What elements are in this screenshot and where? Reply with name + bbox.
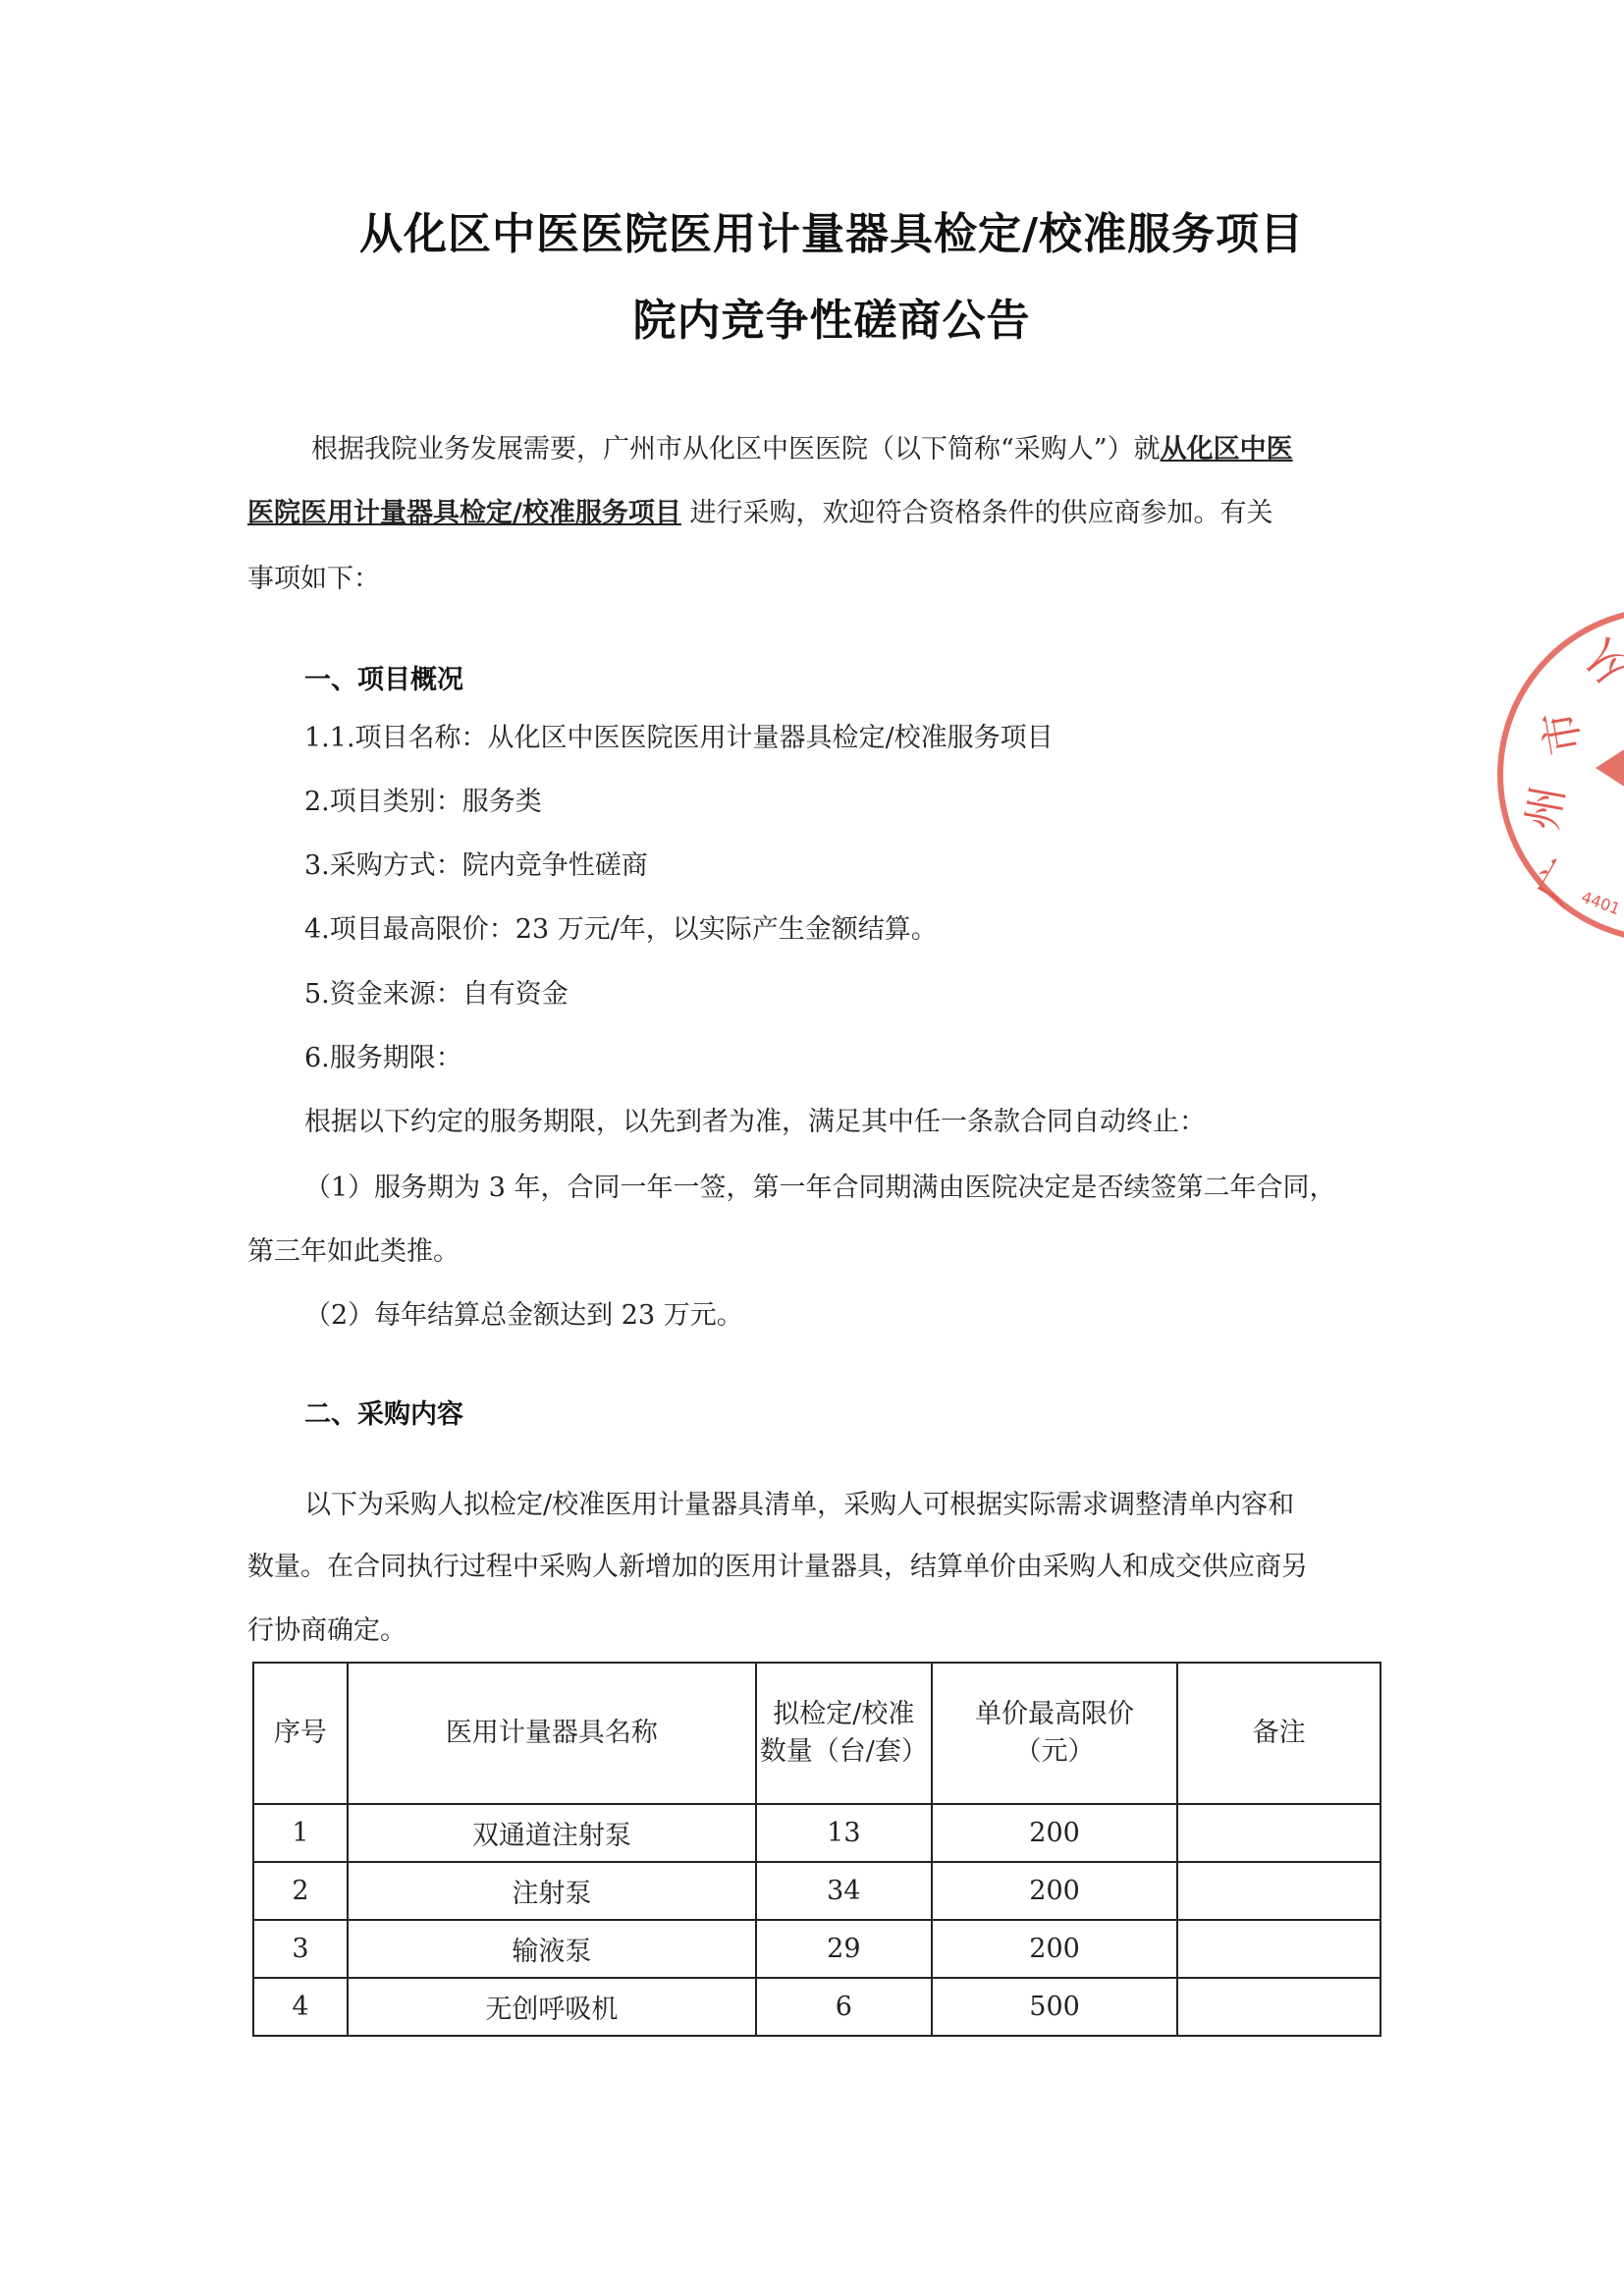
- term1-line2: 第三年如此类推。: [247, 1234, 460, 1270]
- item-fund-source: 5.资金来源：自有资金: [304, 977, 568, 1012]
- cell-no: 1: [253, 1804, 348, 1862]
- cell-no: 3: [253, 1920, 348, 1978]
- cell-no: 2: [253, 1862, 348, 1920]
- document-title-line1: 从化区中医医院医用计量器具检定/校准服务项目: [20, 198, 1624, 261]
- header-qty: 拟检定/校准 数量（台/套）: [756, 1663, 932, 1804]
- intro-line2: 医院医用计量器具检定/校准服务项目 进行采购，欢迎符合资格条件的供应商参加。有关: [247, 496, 1272, 531]
- term1-line1: （1）服务期为 3 年，合同一年一签，第一年合同期满由医院决定是否续签第二年合同…: [304, 1171, 1336, 1206]
- term2: （2）每年结算总金额达到 23 万元。: [304, 1298, 743, 1334]
- intro-text: 根据我院业务发展需要，广州市从化区中医医院（以下简称“采购人”）就: [311, 434, 1161, 465]
- header-price-line2: （元）: [933, 1733, 1177, 1771]
- cell-name: 注射泵: [348, 1862, 756, 1920]
- intro-line3: 事项如下：: [247, 562, 380, 597]
- section1-heading: 一、项目概况: [304, 658, 463, 696]
- cell-price: 200: [932, 1920, 1178, 1978]
- cell-price: 200: [932, 1862, 1178, 1920]
- section2-heading: 二、采购内容: [304, 1393, 463, 1431]
- item-project-category: 2.项目类别：服务类: [304, 785, 542, 820]
- table-row: 2 注射泵 34 200: [253, 1862, 1380, 1920]
- table-header-row: 序号 医用计量器具名称 拟检定/校准 数量（台/套） 单价最高限价 （元） 备注: [253, 1663, 1380, 1804]
- cell-remark: [1177, 1920, 1380, 1978]
- header-price: 单价最高限价 （元）: [932, 1663, 1178, 1804]
- section2-para-line1: 以下为采购人拟检定/校准医用计量器具清单，采购人可根据实际需求调整清单内容和: [304, 1488, 1294, 1523]
- cell-name: 无创呼吸机: [348, 1978, 756, 2036]
- table-row: 3 输液泵 29 200: [253, 1920, 1380, 1978]
- header-no: 序号: [253, 1663, 348, 1804]
- intro-text-cont: 进行采购，欢迎符合资格条件的供应商参加。有关: [681, 498, 1273, 528]
- project-name-underlined: 从化区中医: [1161, 434, 1293, 465]
- cell-name: 双通道注射泵: [348, 1804, 756, 1862]
- cell-no: 4: [253, 1978, 348, 2036]
- item-service-term: 6.服务期限：: [304, 1041, 462, 1076]
- table-row: 4 无创呼吸机 6 500: [253, 1978, 1380, 2036]
- header-qty-line1: 拟检定/校准: [757, 1696, 931, 1733]
- cell-remark: [1177, 1862, 1380, 1920]
- cell-name: 输液泵: [348, 1920, 756, 1978]
- stamp-star-icon: [1596, 746, 1624, 790]
- project-name-underlined-cont: 医院医用计量器具检定/校准服务项目: [247, 498, 681, 528]
- item-max-price: 4.项目最高限价：23 万元/年，以实际产生金额结算。: [304, 912, 938, 948]
- document-title-line2: 院内竞争性磋商公告: [20, 285, 1624, 348]
- item-procurement-method: 3.采购方式：院内竞争性磋商: [304, 848, 648, 884]
- section2-para-line2: 数量。在合同执行过程中采购人新增加的医用计量器具，结算单价由采购人和成交供应商另: [247, 1550, 1308, 1585]
- cell-qty: 6: [756, 1978, 932, 2036]
- header-price-line1: 单价最高限价: [933, 1696, 1177, 1733]
- section2-para-line3: 行协商确定。: [247, 1613, 406, 1649]
- header-remark: 备注: [1177, 1663, 1380, 1804]
- intro-line1: 根据我院业务发展需要，广州市从化区中医医院（以下简称“采购人”）就从化区中医: [311, 432, 1293, 467]
- cell-remark: [1177, 1804, 1380, 1862]
- instrument-table: 序号 医用计量器具名称 拟检定/校准 数量（台/套） 单价最高限价 （元） 备注…: [252, 1662, 1381, 2037]
- header-name: 医用计量器具名称: [348, 1663, 756, 1804]
- cell-price: 200: [932, 1804, 1178, 1862]
- term-intro: 根据以下约定的服务期限，以先到者为准，满足其中任一条款合同自动终止：: [304, 1105, 1206, 1140]
- table-row: 1 双通道注射泵 13 200: [253, 1804, 1380, 1862]
- cell-qty: 34: [756, 1862, 932, 1920]
- cell-remark: [1177, 1978, 1380, 2036]
- cell-qty: 29: [756, 1920, 932, 1978]
- cell-price: 500: [932, 1978, 1178, 2036]
- cell-qty: 13: [756, 1804, 932, 1862]
- item-project-name: 1.1.项目名称：从化区中医医院医用计量器具检定/校准服务项目: [304, 721, 1054, 756]
- header-qty-line2: 数量（台/套）: [757, 1733, 931, 1771]
